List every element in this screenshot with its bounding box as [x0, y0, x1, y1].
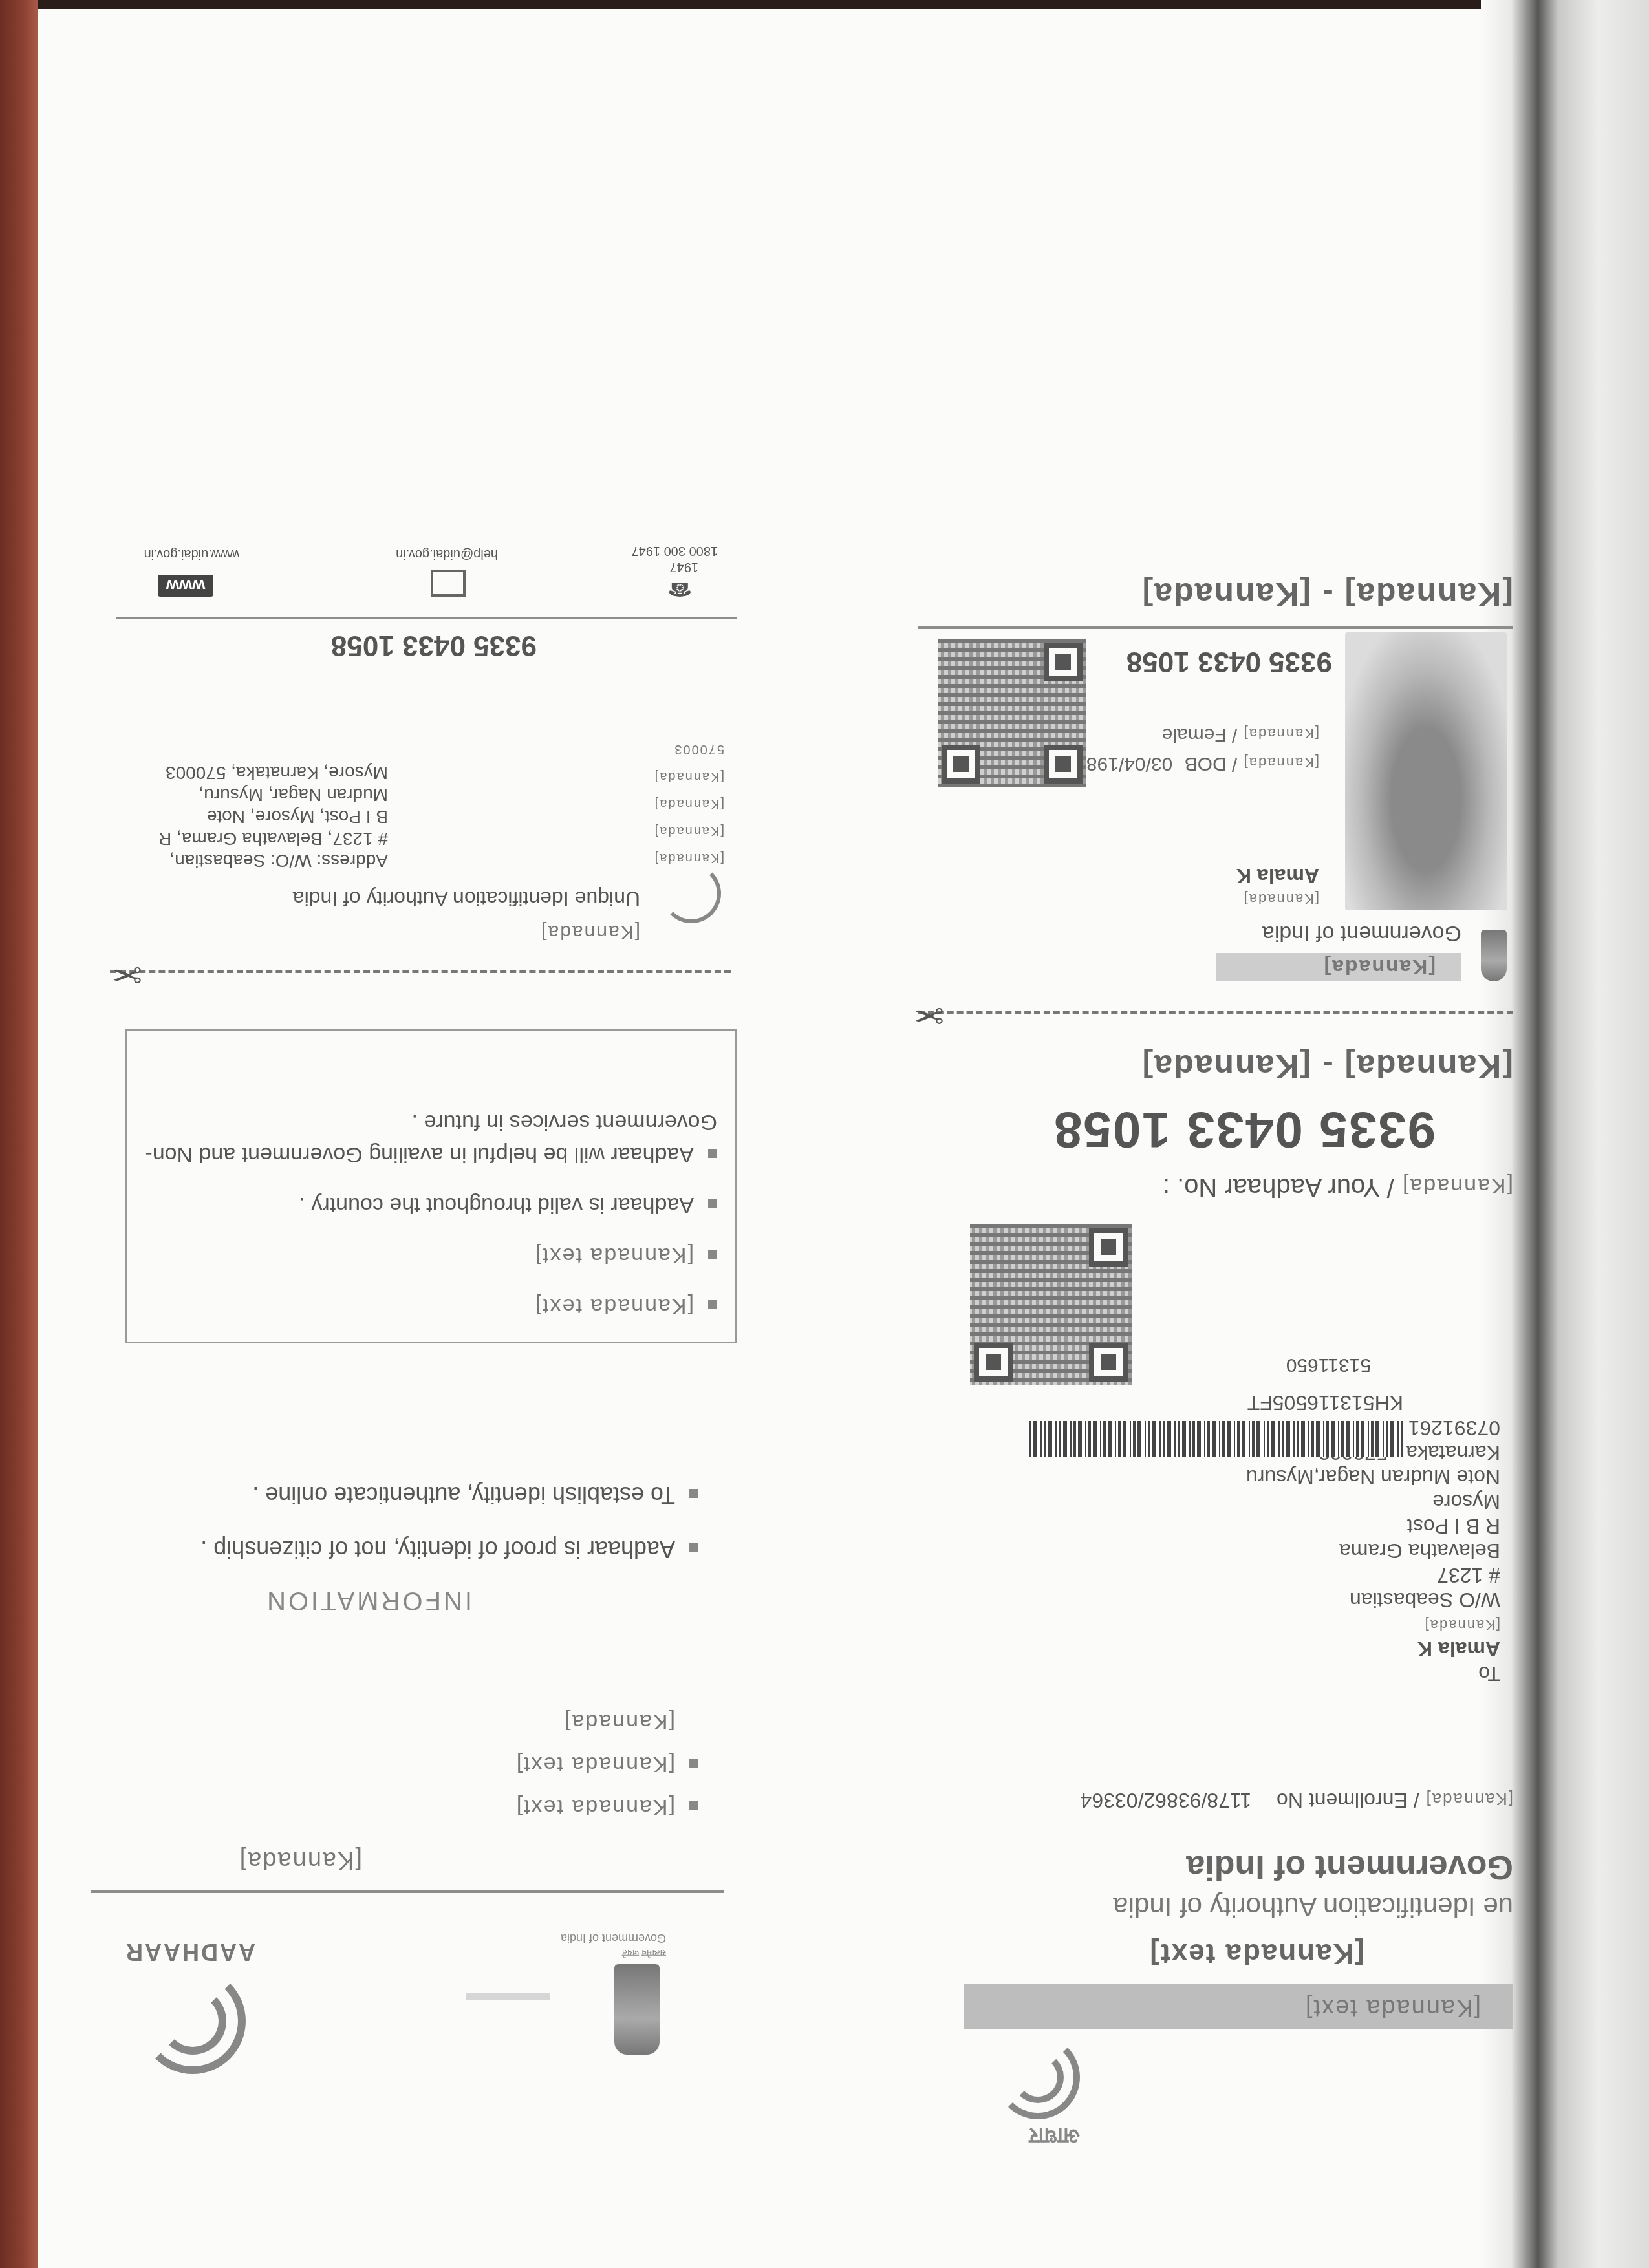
fingerprint-arc-icon — [159, 1987, 226, 2055]
gender-label-kannada: [Kannada] — [1243, 725, 1319, 742]
authority-name: ue Identification Authority of India — [1113, 1891, 1513, 1922]
aadhaar-number-large: 9335 0433 1058 — [1053, 1100, 1436, 1159]
card-back-divider — [116, 617, 737, 619]
card-divider — [918, 626, 1513, 629]
info-list: Aadhaar is proof of identity, not of cit… — [200, 1468, 698, 1576]
boxed-bullet: [Kannada text] — [135, 1239, 717, 1272]
bullet-icon — [689, 1543, 698, 1552]
bullet-icon — [708, 1300, 717, 1309]
gender-value: / Female — [1162, 724, 1238, 745]
aadhaar-logo-back: AADHAAR — [136, 1925, 265, 2074]
address-line: Mysore, Karnataka, 570003 — [158, 762, 388, 784]
recipient-name-kannada: [Kannada] — [1246, 1612, 1500, 1637]
info-bullet-kannada: [Kannada text] — [515, 1743, 698, 1786]
info-title-kannada: [Kannada] — [239, 1846, 362, 1874]
card-slogan-kannada: [Kannada] - [Kannada] — [1141, 575, 1513, 613]
dob-label: / DOB — [1185, 753, 1238, 775]
bullet-icon — [708, 1199, 717, 1208]
national-emblem-icon-card — [1481, 930, 1507, 981]
address-line: R B I Post — [1246, 1514, 1500, 1539]
aadhaar-hindi-logotext: आधार — [1029, 2122, 1080, 2152]
info-bullet-kannada: [Kannada text] — [515, 1786, 698, 1828]
card-government: Government of India — [1262, 921, 1461, 946]
bullet-icon — [708, 1250, 717, 1259]
boxed-bullet: Aadhaar is valid throughout the country … — [135, 1189, 717, 1221]
card-dob-row: [Kannada] / DOB 03/04/1986 — [1075, 753, 1319, 775]
enrollment-label: / Enrollment No — [1277, 1789, 1419, 1812]
card-name: Amala K — [1236, 864, 1319, 888]
address-line: # 1237, Belavatha Grama, R — [158, 828, 388, 850]
boxed-bullet: Aadhaar will be helpful in availing Gove… — [135, 1106, 717, 1171]
address-line: Address: W/O: Seabastian, — [158, 850, 388, 872]
aadhaar-logotext: AADHAAR — [124, 1938, 255, 1965]
your-aadhaar-label-text: / Your Aadhaar No. : — [1163, 1173, 1394, 1201]
helpline-toll-free: 1800 300 1947 — [632, 543, 718, 558]
phone-icon: ☎ — [668, 577, 692, 600]
cut-line-back — [110, 970, 731, 973]
upright-document: [Kannada text] आधार [Kannada text] ue Id… — [0, 0, 1649, 2268]
help-email: help@uidai.gov.in — [396, 546, 498, 561]
slogan-kannada: [Kannada] - [Kannada] — [1141, 1047, 1513, 1085]
address-line: # 1237 — [1246, 1563, 1500, 1588]
enrollment-number: 1178/93862/03364 — [1081, 1789, 1252, 1812]
card-back-aadhaar-number: 9335 0433 1058 — [331, 629, 537, 661]
header-title-kannada: [Kannada text] — [1148, 1937, 1364, 1969]
info-list-kannada: [Kannada text] [Kannada text] [Kannada] — [515, 1700, 698, 1828]
fingerprint-arc-icon — [1012, 2051, 1064, 2103]
info-bullet-kannada-tail: [Kannada] — [515, 1700, 698, 1743]
card-back-address-kannada: [Kannada] [Kannada] [Kannada] [Kannada] … — [654, 736, 724, 872]
boxed-bullet: [Kannada text] — [135, 1290, 717, 1322]
aadhaar-logo-front: आधार — [983, 2055, 1093, 2152]
government-title: Government of India — [1186, 1848, 1513, 1887]
barcode — [1028, 1421, 1403, 1457]
website: www.uidai.gov.in — [144, 546, 239, 561]
card-header-kannada: [Kannada] — [1323, 955, 1436, 979]
scissors-icon: ✂ — [112, 953, 142, 996]
cut-line-front — [918, 1011, 1513, 1014]
bullet-icon — [689, 1489, 698, 1498]
back-faint-mark — [466, 1993, 550, 2000]
helpline-short: 1947 — [670, 559, 699, 574]
bullet-icon — [708, 1149, 717, 1158]
info-bullet: To establish identity, authenticate onli… — [200, 1468, 698, 1522]
mail-icon — [431, 570, 466, 597]
reference-number: 51311650 — [1286, 1354, 1371, 1376]
to-label: To — [1246, 1662, 1500, 1686]
bullet-icon — [689, 1759, 698, 1768]
card-gender-row: [Kannada] / Female — [1162, 723, 1319, 745]
card-back-authority-kannada: [Kannada] — [540, 921, 640, 943]
card-back-authority: Unique Identification Authority of India — [293, 886, 640, 910]
www-icon: www — [158, 575, 213, 597]
bullet-icon — [689, 1801, 698, 1810]
address-line: Note Mudran Nagar,Mysuru — [1246, 1465, 1500, 1490]
card-back-info-box: [Kannada text] [Kannada text] Aadhaar is… — [125, 1029, 737, 1343]
recipient-name: Amala K — [1246, 1637, 1500, 1662]
back-government: Government of India — [561, 1931, 666, 1945]
enrollment-label-kannada: [Kannada] — [1425, 1790, 1513, 1809]
your-aadhaar-label-kannada: [Kannada] — [1401, 1173, 1513, 1198]
scissors-icon: ✂ — [914, 994, 944, 1036]
emblem-caption: सत्यमेव जयते — [622, 1947, 666, 1959]
header-band-kannada: [Kannada text] — [1304, 1993, 1481, 2021]
address-line: Belavatha Grama — [1246, 1539, 1500, 1563]
address-line: Mysore — [1246, 1490, 1500, 1514]
card-back-address: Address: W/O: Seabastian, # 1237, Belava… — [158, 762, 388, 872]
your-aadhaar-label: [Kannada] / Your Aadhaar No. : — [1163, 1172, 1513, 1201]
qr-code-card — [938, 639, 1086, 787]
barcode-text: KH513116505FT — [1247, 1391, 1403, 1415]
info-bullet: Aadhaar is proof of identity, not of cit… — [200, 1522, 698, 1576]
info-title: INFORMATION — [264, 1586, 472, 1615]
uidai-logo-small — [660, 872, 731, 936]
dob-label-kannada: [Kannada] — [1243, 754, 1319, 771]
back-header-divider — [91, 1890, 724, 1893]
dob-value: 03/04/1986 — [1075, 753, 1172, 775]
qr-code-letter — [970, 1224, 1132, 1385]
card-aadhaar-number: 9335 0433 1058 — [1126, 645, 1332, 678]
fingerprint-arc-icon — [662, 864, 721, 923]
enrollment-row: [Kannada] / Enrollment No 1178/93862/033… — [1081, 1788, 1513, 1812]
address-line: W/O Seabastian — [1246, 1588, 1500, 1612]
address-line: Mudran Nagar, Mysuru, — [158, 784, 388, 806]
card-name-kannada: [Kannada] — [1243, 890, 1319, 907]
card-holder-photo — [1345, 632, 1507, 910]
address-line: B I Post, Mysore, Note — [158, 806, 388, 828]
national-emblem-icon — [614, 1964, 660, 2055]
boxed-bullet-list: [Kannada text] [Kannada text] Aadhaar is… — [135, 1106, 717, 1322]
